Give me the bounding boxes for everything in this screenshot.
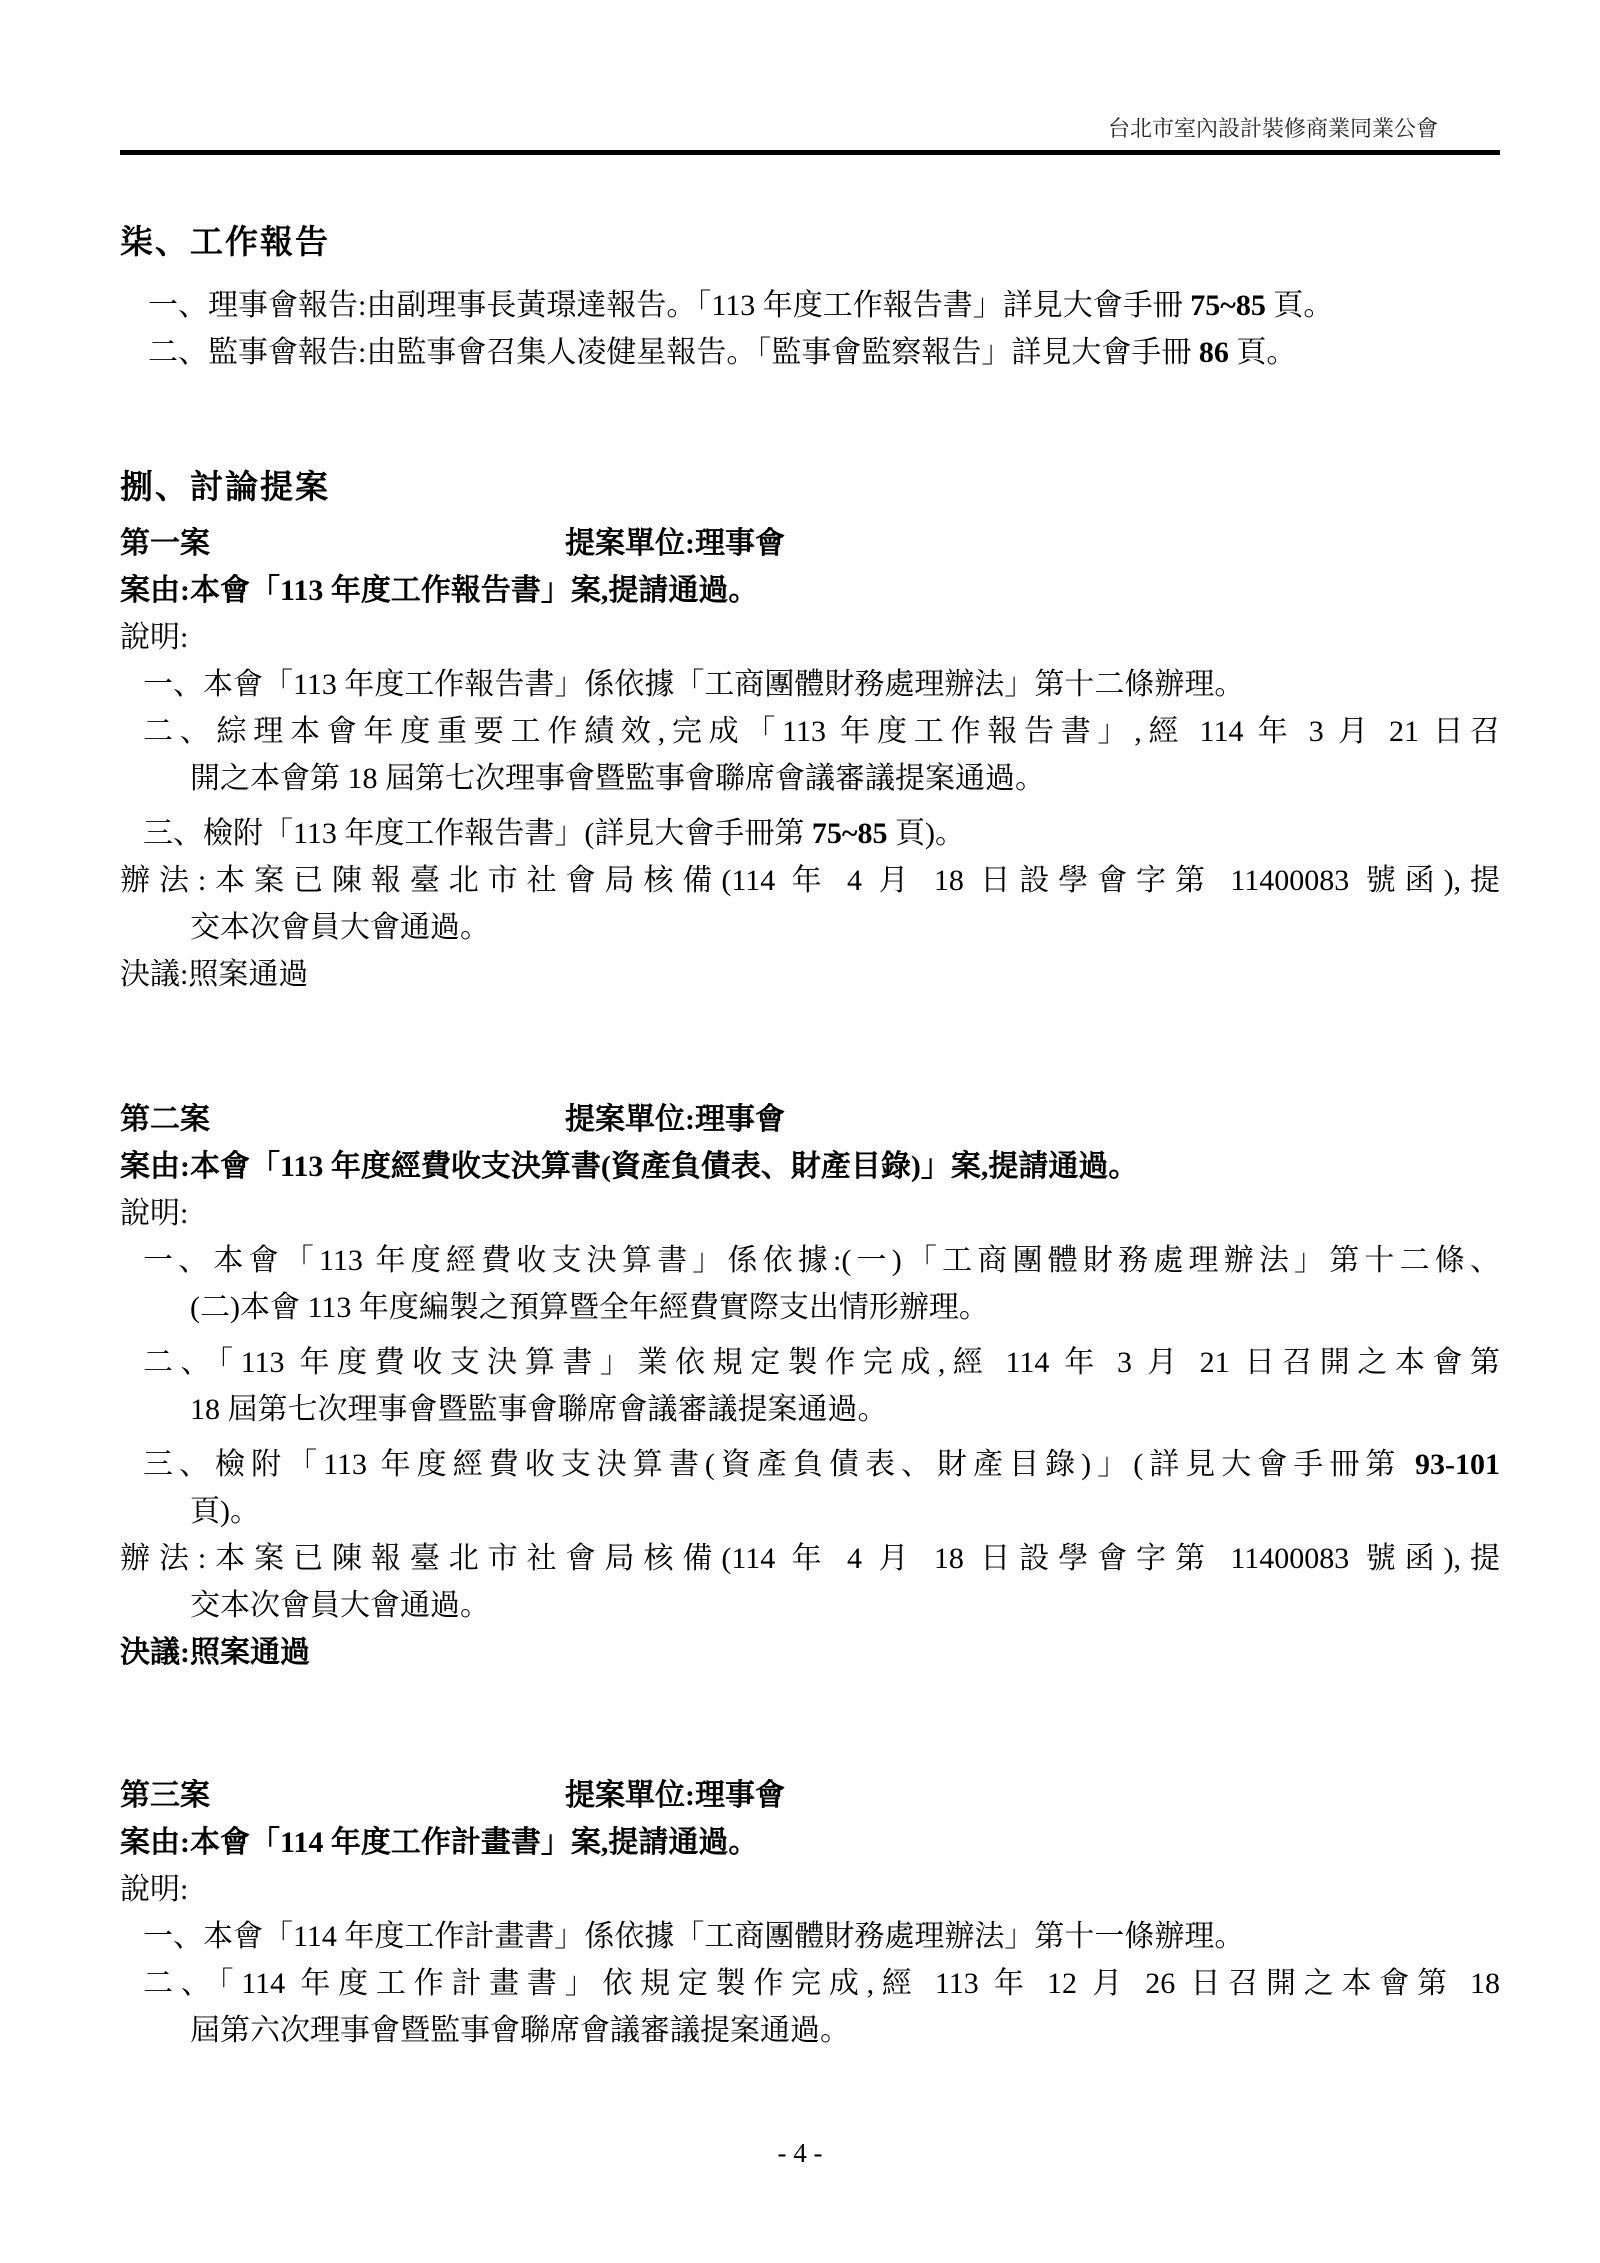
page-number: - 4 - <box>0 2133 1600 2173</box>
case3-unit-label: 提案單位:理事會 <box>565 1779 785 1812</box>
organization-name: 台北市室內設計裝修商業同業公會 <box>120 108 1500 150</box>
case2-number: 第二案 <box>120 1096 565 1143</box>
case1-number: 第一案 <box>120 520 565 567</box>
case1-explanation-item-2: 二、綜理本會年度重要工作績效,完成「113 年度工作報告書」,經 114 年 3… <box>120 708 1500 802</box>
case1-unit-label: 提案單位:理事會 <box>565 527 785 560</box>
case3-explanation-item-1: 一、本會「114 年度工作計畫書」係依據「工商團體財務處理辦法」第十一條辦理。 <box>120 1913 1500 1960</box>
case3-number: 第三案 <box>120 1772 565 1819</box>
case2-explanation-item-3: 三、檢附「113 年度經費收支決算書(資產負債表、財產目錄)」(詳見大會手冊第 … <box>120 1441 1500 1535</box>
case1-explanation-item-1: 一、本會「113 年度工作報告書」係依據「工商團體財務處理辦法」第十二條辦理。 <box>120 661 1500 708</box>
case3-explanation-label: 說明: <box>120 1866 1500 1913</box>
page-header: 台北市室內設計裝修商業同業公會 <box>120 108 1500 155</box>
document-page: 台北市室內設計裝修商業同業公會 柒、工作報告 一、理事會報告:由副理事長黃璟達報… <box>0 0 1600 2263</box>
case2-method: 辦法:本案已陳報臺北市社會局核備(114 年 4 月 18 日設學會字第 114… <box>120 1535 1500 1629</box>
case2-resolution: 決議:照案通過 <box>120 1629 1500 1676</box>
work-report-item-1: 一、理事會報告:由副理事長黃璟達報告。「113 年度工作報告書」詳見大會手冊 7… <box>120 282 1500 329</box>
case3-explanation-item-2: 二、「114 年度工作計畫書」依規定製作完成,經 113 年 12 月 26 日… <box>120 1960 1500 2054</box>
work-report-item-2: 二、監事會報告:由監事會召集人凌健星報告。「監事會監察報告」詳見大會手冊 86 … <box>120 329 1500 376</box>
header-rule <box>120 150 1500 155</box>
case2-explanation-label: 說明: <box>120 1190 1500 1237</box>
case1-header: 第一案提案單位:理事會 <box>120 520 1500 567</box>
case3-subject: 案由:本會「114 年度工作計畫書」案,提請通過。 <box>120 1819 1500 1866</box>
case1-method: 辦法:本案已陳報臺北市社會局核備(114 年 4 月 18 日設學會字第 114… <box>120 857 1500 951</box>
section-title-proposals: 捌、討論提案 <box>120 462 1500 514</box>
case1-explanation-item-3: 三、檢附「113 年度工作報告書」(詳見大會手冊第 75~85 頁)。 <box>120 810 1500 857</box>
case3-header: 第三案提案單位:理事會 <box>120 1772 1500 1819</box>
section-title-work-report: 柒、工作報告 <box>120 217 1500 269</box>
case1-subject: 案由:本會「113 年度工作報告書」案,提請通過。 <box>120 567 1500 614</box>
case1-resolution: 決議:照案通過 <box>120 951 1500 998</box>
case1-explanation-label: 說明: <box>120 614 1500 661</box>
case2-explanation-item-1: 一、本會「113 年度經費收支決算書」係依據:(一)「工商團體財務處理辦法」第十… <box>120 1237 1500 1331</box>
case2-explanation-item-2: 二、「113 年度費收支決算書」業依規定製作完成,經 114 年 3 月 21 … <box>120 1339 1500 1433</box>
case2-unit-label: 提案單位:理事會 <box>565 1103 785 1136</box>
case2-subject: 案由:本會「113 年度經費收支決算書(資產負債表、財產目錄)」案,提請通過。 <box>120 1143 1500 1190</box>
case2-header: 第二案提案單位:理事會 <box>120 1096 1500 1143</box>
